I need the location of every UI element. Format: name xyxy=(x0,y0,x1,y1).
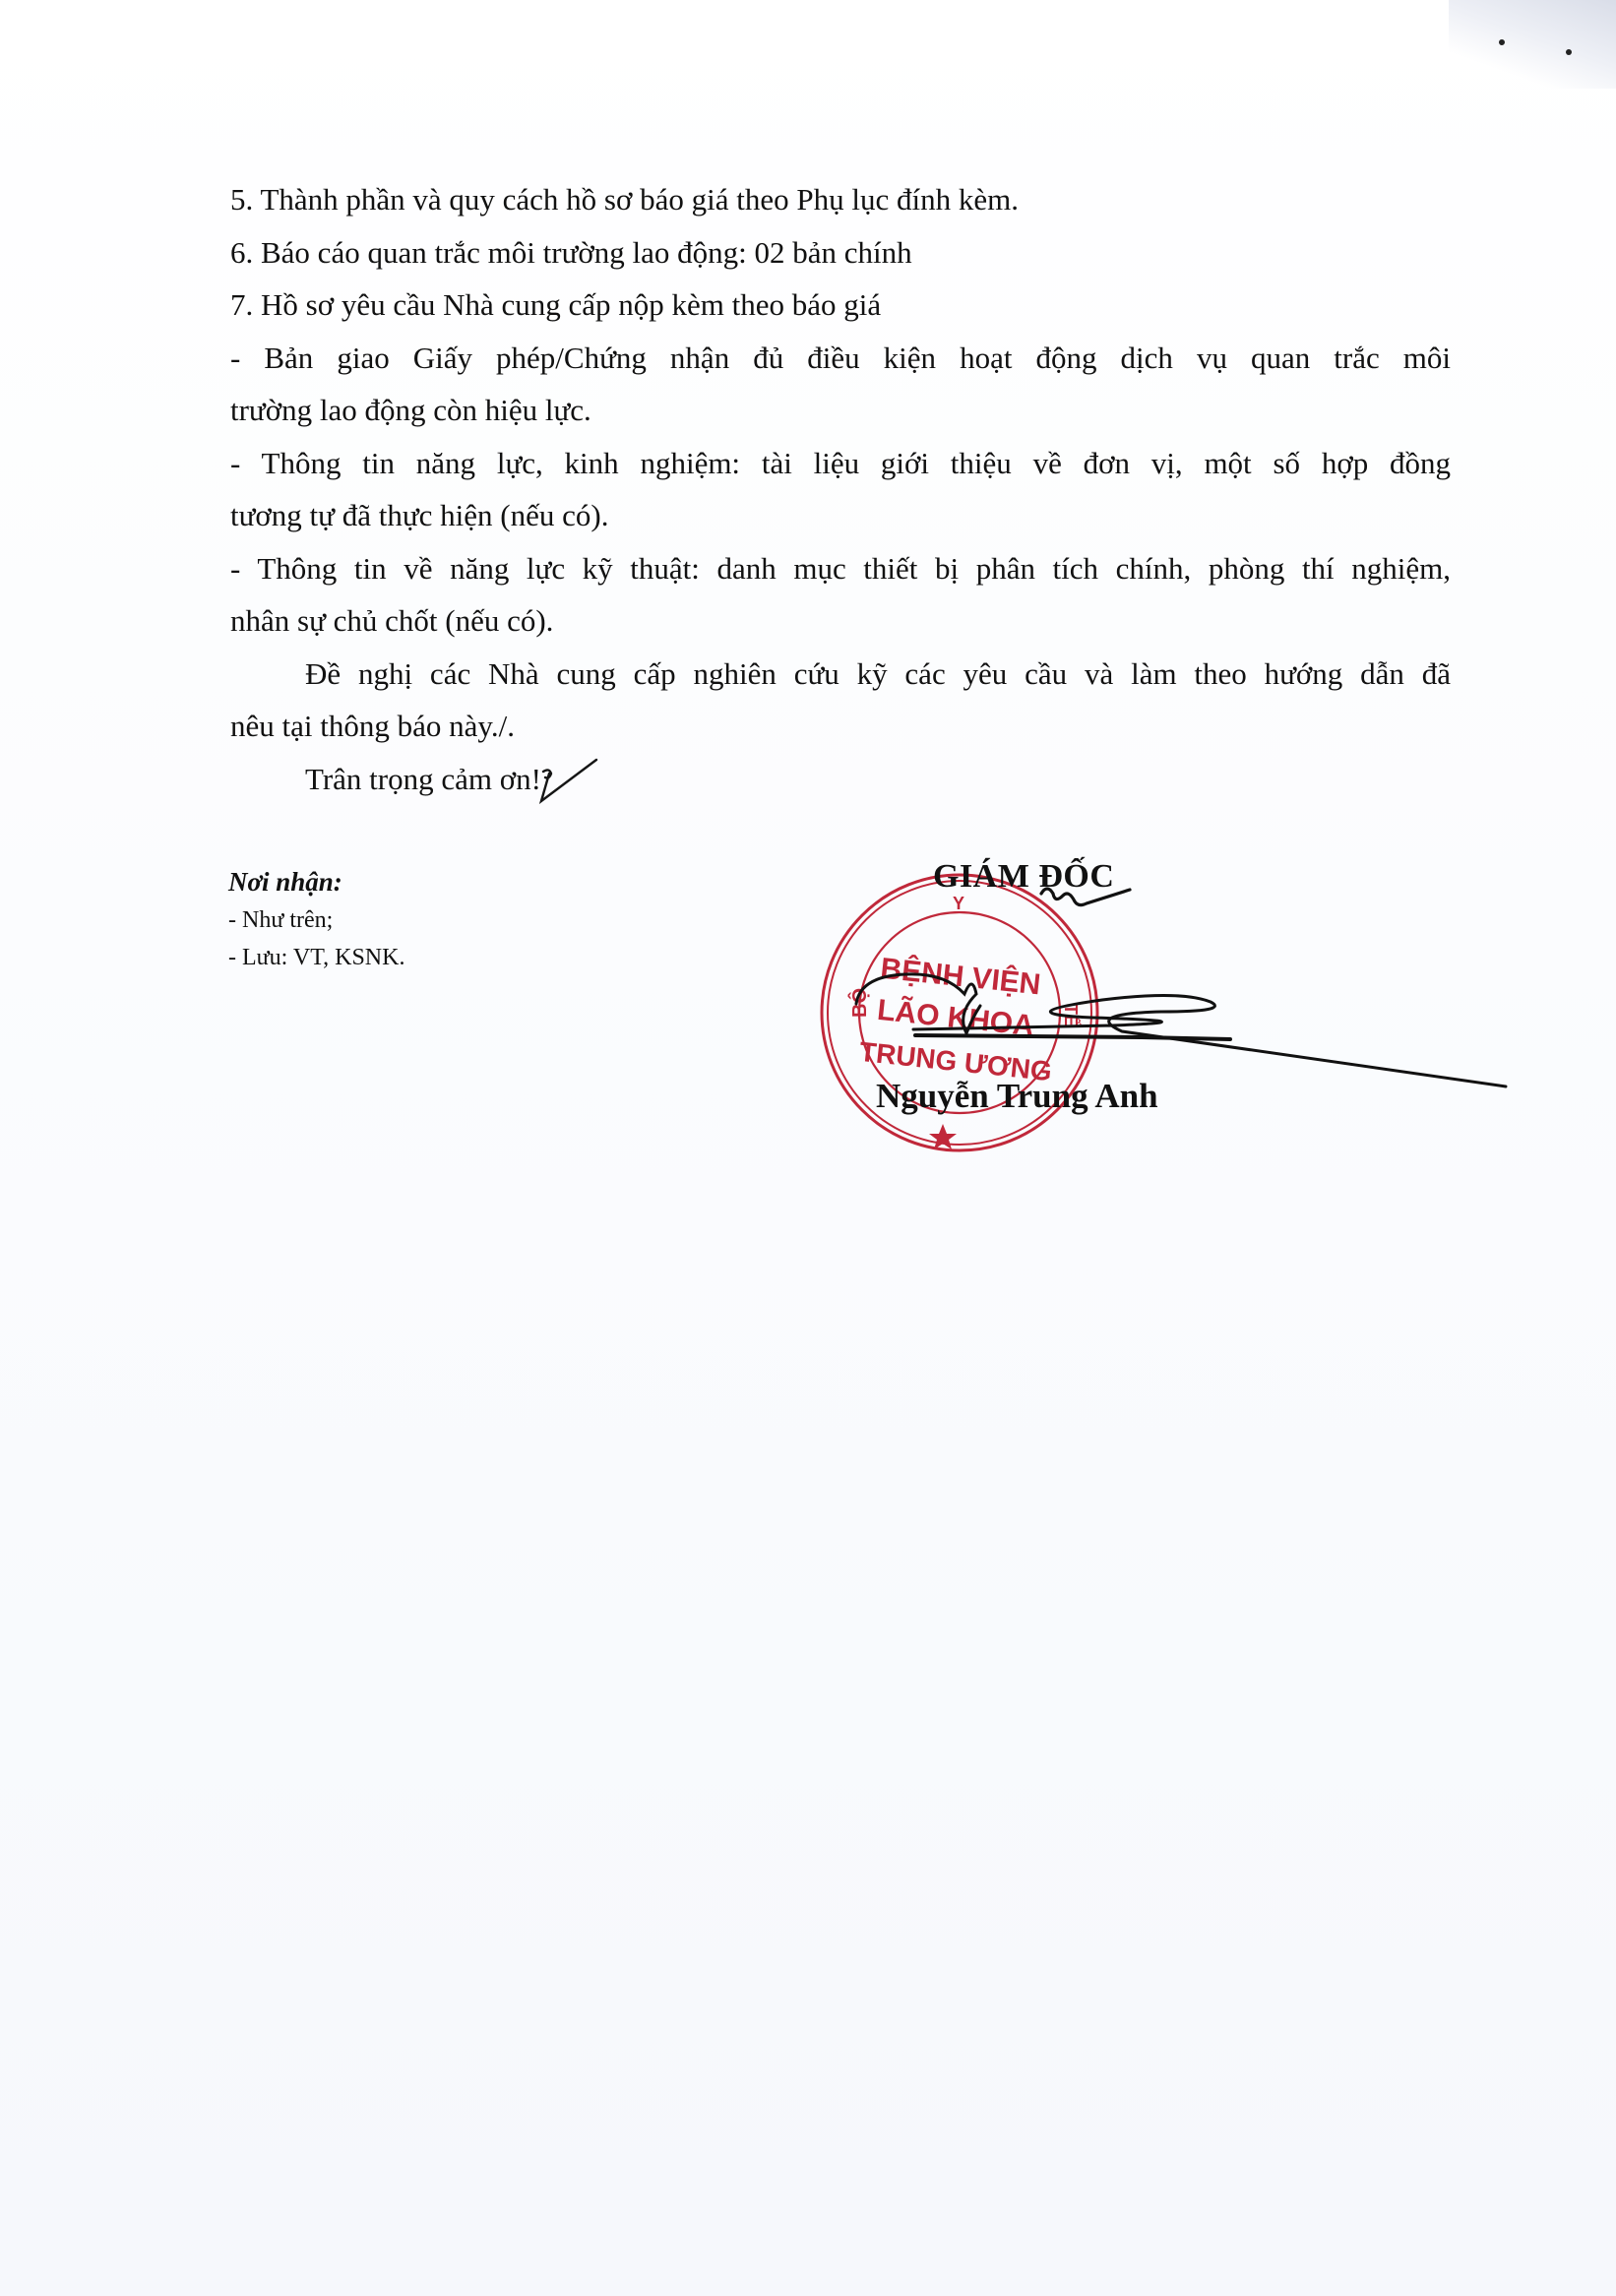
svg-text:LÃO KHOA: LÃO KHOA xyxy=(876,993,1036,1043)
thanks-line: Trân trọng cảm ơn! xyxy=(230,753,1451,806)
staple-mark xyxy=(1566,49,1572,55)
recipient-item: - Như trên; xyxy=(228,901,404,939)
requirement-experience-line1: - Thông tin năng lực, kinh nghiệm: tài l… xyxy=(230,437,1451,490)
item-5: 5. Thành phần và quy cách hồ sơ báo giá … xyxy=(230,173,1451,226)
closing-request-line1: Đề nghị các Nhà cung cấp nghiên cứu kỹ c… xyxy=(230,648,1451,701)
recipient-item: - Lưu: VT, KSNK. xyxy=(228,939,404,976)
recipients-block: Nơi nhận: - Như trên; - Lưu: VT, KSNK. xyxy=(228,862,404,976)
document-page: 5. Thành phần và quy cách hồ sơ báo giá … xyxy=(0,0,1616,2296)
initial-mark-icon xyxy=(541,762,600,801)
thanks-text: Trân trọng cảm ơn! xyxy=(305,762,541,796)
signer-role: GIÁM ĐỐC xyxy=(933,858,1114,896)
closing-request-line2: nêu tại thông báo này./. xyxy=(230,700,1451,753)
signature-block: GIÁM ĐỐC BỘ Y TẾ BỆNH VIỆN LÃO KHOA TRUN… xyxy=(817,856,1525,1171)
recipients-title: Nơi nhận: xyxy=(228,862,404,901)
requirement-technical-line1: - Thông tin về năng lực kỹ thuật: danh m… xyxy=(230,542,1451,595)
svg-text:TẾ: TẾ xyxy=(1061,1004,1082,1026)
requirement-license-line2: trường lao động còn hiệu lực. xyxy=(230,384,1451,437)
stamp-line-1: BỆNH VIỆN xyxy=(879,952,1042,1002)
item-7: 7. Hồ sơ yêu cầu Nhà cung cấp nộp kèm th… xyxy=(230,279,1451,332)
scan-corner-shadow xyxy=(1449,0,1616,89)
svg-text:BỘ: BỘ xyxy=(847,988,871,1018)
requirement-experience-line2: tương tự đã thực hiện (nếu có). xyxy=(230,489,1451,542)
signer-name: Nguyễn Trung Anh xyxy=(876,1077,1158,1116)
svg-text:Y: Y xyxy=(953,894,964,913)
requirement-technical-line2: nhân sự chủ chốt (nếu có). xyxy=(230,594,1451,648)
requirement-license-line1: - Bản giao Giấy phép/Chứng nhận đủ điều … xyxy=(230,332,1451,385)
staple-mark xyxy=(1499,39,1505,45)
document-body: 5. Thành phần và quy cách hồ sơ báo giá … xyxy=(230,173,1451,805)
item-6: 6. Báo cáo quan trắc môi trường lao động… xyxy=(230,226,1451,279)
